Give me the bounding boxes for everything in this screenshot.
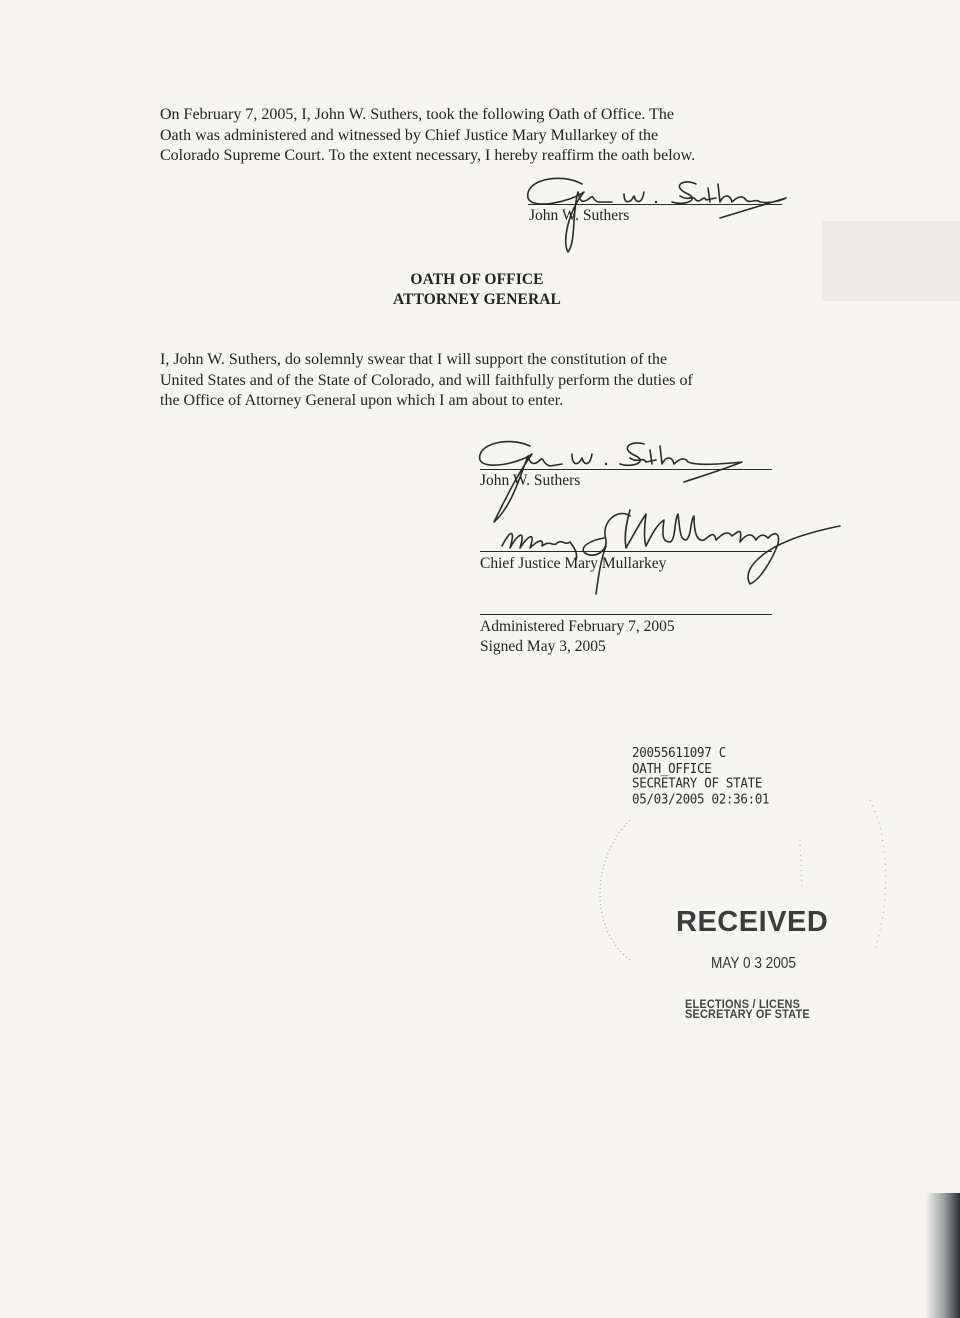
filing-timestamp: 05/03/2005 02:36:01	[632, 791, 769, 806]
intro-line: Colorado Supreme Court. To the extent ne…	[160, 146, 695, 167]
filing-number: 20055611097 C	[632, 746, 769, 761]
administered-date: Administered February 7, 2005	[480, 618, 675, 636]
signer-name: John W. Suthers	[480, 472, 580, 490]
oath-line: the Office of Attorney General upon whic…	[160, 391, 693, 412]
received-office-line: SECRETARY OF STATE	[685, 1010, 810, 1020]
received-stamp-date: MAY 0 3 2005	[711, 955, 796, 973]
stamp-circle-outline	[570, 780, 900, 1020]
received-stamp-title: RECEIVED	[676, 906, 828, 939]
document-title: OATH OF OFFICE ATTORNEY GENERAL	[0, 270, 954, 310]
signer-name: Chief Justice Mary Mullarkey	[480, 555, 666, 573]
signature-scribble-mullarkey	[480, 500, 840, 600]
title-line: OATH OF OFFICE	[0, 270, 954, 290]
signed-date: Signed May 3, 2005	[480, 638, 606, 656]
page-edge-shadow	[925, 1193, 960, 1318]
filing-office: SECRETARY OF STATE	[632, 776, 769, 791]
oath-signature-mullarkey	[480, 500, 840, 605]
oath-paragraph: I, John W. Suthers, do solemnly swear th…	[160, 350, 693, 412]
title-line: ATTORNEY GENERAL	[0, 290, 954, 310]
intro-paragraph: On February 7, 2005, I, John W. Suthers,…	[160, 105, 695, 167]
signature-line	[528, 204, 782, 205]
signer-name: John W. Suthers	[529, 207, 629, 225]
filing-stamp: 20055611097 C OATH_OFFICE SECRETARY OF S…	[632, 746, 769, 807]
received-stamp-office: ELECTIONS / LICENS SECRETARY OF STATE	[685, 1000, 810, 1020]
signature-line	[480, 469, 772, 470]
oath-line: United States and of the State of Colora…	[160, 371, 693, 392]
date-line	[480, 614, 772, 615]
filing-type: OATH_OFFICE	[632, 761, 769, 776]
intro-line: On February 7, 2005, I, John W. Suthers,…	[160, 105, 695, 126]
intro-line: Oath was administered and witnessed by C…	[160, 126, 695, 147]
oath-line: I, John W. Suthers, do solemnly swear th…	[160, 350, 693, 371]
signature-line	[480, 551, 772, 552]
